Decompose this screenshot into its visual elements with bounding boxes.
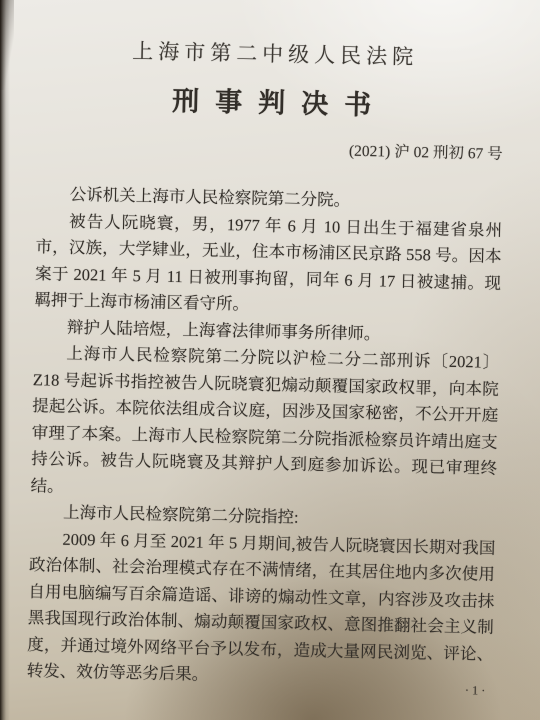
document-title: 刑事判决书 (38, 76, 505, 125)
paragraph: 被告人阮晓寰，男，1977 年 6 月 10 日出生于福建省泉州市，汉族，大学肄… (34, 208, 502, 324)
body-paragraphs: 公诉机关上海市人民检察院第二分院。被告人阮晓寰，男，1977 年 6 月 10 … (26, 181, 502, 694)
court-name: 上海市第二中级人民法院 (39, 33, 506, 73)
paragraph: 2009 年 6 月至 2021 年 5 月期间,被告人阮晓寰因长期对我国政治体… (26, 526, 495, 695)
document-photo: 上海市第二中级人民法院 刑事判决书 (2021) 沪 02 刑初 67 号 公诉… (0, 0, 540, 720)
photo-left-edge-shadow (0, 0, 10, 720)
paragraph: 上海市人民检察院第二分院以沪检二分二部刑诉〔2021〕Z18 号起诉书指控被告人… (30, 340, 499, 509)
judgment-page: 上海市第二中级人民法院 刑事判决书 (2021) 沪 02 刑初 67 号 公诉… (0, 0, 540, 720)
page-number: ·1· (465, 683, 489, 698)
case-number: (2021) 沪 02 刑初 67 号 (38, 132, 504, 164)
